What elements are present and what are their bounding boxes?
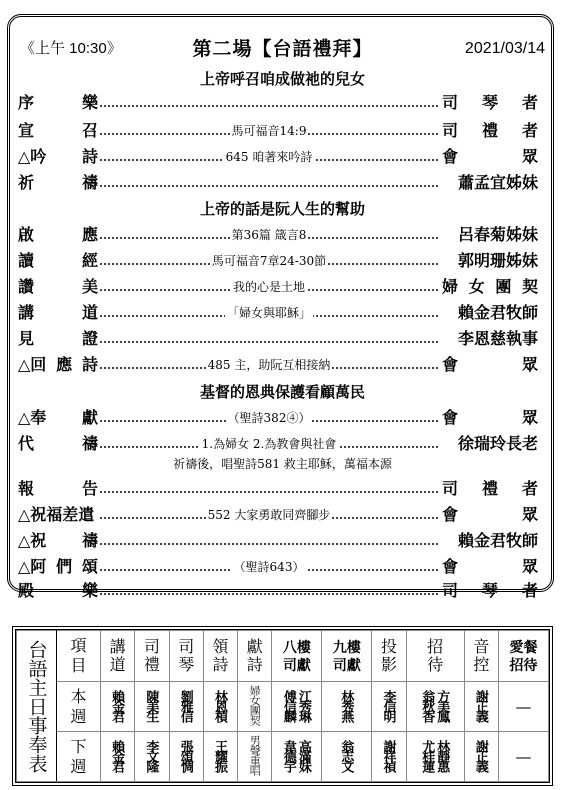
item-person: 司禮者	[442, 478, 538, 500]
item-label: 見證	[18, 328, 98, 350]
dotted-leader	[98, 328, 440, 350]
dotted-leader: 552 大家勇敢同齊腳步	[98, 504, 440, 526]
item-label: △阿們頌	[18, 556, 98, 578]
item-label: △吟詩	[18, 146, 98, 168]
col-header: 司禮	[135, 631, 169, 682]
col-header: 講道	[101, 631, 135, 682]
roster-cell: —	[499, 732, 549, 782]
item-person: 蕭孟宜姊妹	[442, 172, 538, 194]
roster-cell: 方美鳳翁秋香	[406, 682, 464, 732]
roster-cell: 劉雅信	[169, 682, 203, 732]
section-title: 基督的恩典保護看顧萬民	[0, 381, 565, 403]
item-person: 司禮者	[442, 120, 538, 142]
item-detail: 485 主，助阮互相接納	[98, 354, 440, 376]
dotted-leader	[98, 478, 440, 500]
section-title: 上帝的話是阮人生的幫助	[0, 198, 565, 220]
roster-cell: 男聲重唱	[238, 732, 272, 782]
roster-cell: 林秀燕	[322, 682, 372, 732]
item-label: 序樂	[18, 92, 98, 114]
dotted-leader: 我的心是土地	[98, 276, 440, 298]
dotted-leader: 645 咱著來吟詩	[98, 146, 440, 168]
item-label: 宣召	[18, 120, 98, 142]
item-detail: （聖詩382④）	[98, 407, 440, 429]
dotted-leader	[98, 92, 440, 114]
program-item: 祈禱蕭孟宜姊妹	[18, 172, 538, 194]
service-date: 2021/03/14	[465, 36, 545, 62]
item-detail: 「婦女與耶穌」	[98, 302, 440, 324]
col-header: 投影	[372, 631, 406, 682]
item-label: 講道	[18, 302, 98, 324]
item-person: 賴金君牧師	[442, 302, 538, 324]
roster-cell: 李文隆	[135, 732, 169, 782]
item-label: 啟應	[18, 224, 98, 246]
item-detail: 1.為婦女 2.為教會與社會	[98, 433, 440, 455]
item-label: △祝福差遣	[18, 504, 98, 526]
program-item: 報告司禮者	[18, 478, 538, 500]
roster-cell: 謝祥禎	[372, 732, 406, 782]
col-header: 八樓司獻	[272, 631, 322, 682]
item-person: 賴金君牧師	[442, 530, 538, 552]
col-header: 愛餐招待	[499, 631, 549, 682]
roster-cell: 林恩楨	[203, 682, 237, 732]
roster-cell: 婦女團契	[238, 682, 272, 732]
dotted-leader	[98, 530, 440, 552]
item-person: 李恩慈執事	[442, 328, 538, 350]
program-item: △祝福差遣552 大家勇敢同齊腳步會眾	[18, 504, 538, 526]
col-header: 司琴	[169, 631, 203, 682]
item-label: 讀經	[18, 250, 98, 272]
program-item: 見證李恩慈執事	[18, 328, 538, 350]
program-item: 序樂司琴者	[18, 92, 538, 114]
roster-cell: 賴金君	[101, 682, 135, 732]
program-item: △奉獻（聖詩382④）會眾	[18, 407, 538, 429]
item-person: 司琴者	[442, 92, 538, 114]
dotted-leader: 第36篇 箴言8	[98, 224, 440, 246]
item-detail: （聖詩643）	[98, 556, 440, 578]
service-time: 《上午 10:30》	[20, 36, 122, 62]
dotted-leader: 馬可福音14:9	[98, 120, 440, 142]
this-week-row: 本週 賴金君陳美生劉雅信林恩楨婦女團契江秀琳傅信麟林秀燕李信明方美鳳翁秋香謝正義…	[17, 682, 549, 732]
program-item: △阿們頌（聖詩643）會眾	[18, 556, 538, 578]
roster-cell: 林靜惠尤桂蓮	[406, 732, 464, 782]
item-detail: 馬可福音14:9	[98, 120, 440, 142]
program-item: △回應詩485 主，助阮互相接納會眾	[18, 354, 538, 376]
item-person: 郭明珊姊妹	[442, 250, 538, 272]
roster-cell: 李信明	[372, 682, 406, 732]
item-detail: 馬可福音7章24-30節	[98, 250, 440, 272]
item-person: 會眾	[442, 556, 538, 578]
dotted-leader: 「婦女與耶穌」	[98, 302, 440, 324]
item-label: 代禱	[18, 433, 98, 455]
roster-cell: 賴金君	[101, 732, 135, 782]
item-label: 讚美	[18, 276, 98, 298]
roster-cell: 高滿妹韋德宇	[272, 732, 322, 782]
roster-cell: 江秀琳傅信麟	[272, 682, 322, 732]
dotted-leader: 1.為婦女 2.為教會與社會	[98, 433, 440, 455]
item-detail: 552 大家勇敢同齊腳步	[98, 504, 440, 526]
item-person: 司琴者	[442, 580, 538, 602]
dotted-leader	[98, 172, 440, 194]
section-title: 上帝呼召咱成做祂的兒女	[0, 68, 565, 90]
dotted-leader: 485 主，助阮互相接納	[98, 354, 440, 376]
dotted-leader: 馬可福音7章24-30節	[98, 250, 440, 272]
item-label: 報告	[18, 478, 98, 500]
program-item: 代禱1.為婦女 2.為教會與社會徐瑞玲長老	[18, 433, 538, 455]
item-detail: 我的心是土地	[98, 276, 440, 298]
item-person: 徐瑞玲長老	[442, 433, 538, 455]
roster-title: 台語主日事奉表	[17, 631, 57, 782]
next-week-row: 下週 賴金君李文隆張頌惆王耀振男聲重唱高滿妹韋德宇翁志文謝祥禎林靜惠尤桂蓮謝正義…	[17, 732, 549, 782]
roster-cell: 張頌惆	[169, 732, 203, 782]
program-item: △吟詩645 咱著來吟詩會眾	[18, 146, 538, 168]
col-header: 九樓司獻	[322, 631, 372, 682]
row-header-item: 項目	[57, 631, 101, 682]
roster-cell: 翁志文	[322, 732, 372, 782]
row-label-this-week: 本週	[57, 682, 101, 732]
col-header: 招待	[406, 631, 464, 682]
program-item: 讀經馬可福音7章24-30節郭明珊姊妹	[18, 250, 538, 272]
roster-cell: 謝正義	[464, 682, 498, 732]
item-person: 會眾	[442, 354, 538, 376]
program-item: 讚美我的心是土地婦女團契	[18, 276, 538, 298]
program-item: △祝禱賴金君牧師	[18, 530, 538, 552]
roster-cell: 王耀振	[203, 732, 237, 782]
col-header: 獻詩	[238, 631, 272, 682]
item-person: 呂春菊姊妹	[442, 224, 538, 246]
row-label-next-week: 下週	[57, 732, 101, 782]
dotted-leader	[98, 580, 440, 602]
dotted-leader: （聖詩382④）	[98, 407, 440, 429]
duty-roster-table: 台語主日事奉表 項目 講道 司禮 司琴 領詩 獻詩 八樓司獻 九樓司獻 投影 招…	[12, 626, 553, 786]
program-note: 祈禱後，唱聖詩581 救主耶穌，萬福本源	[0, 454, 565, 474]
col-header: 音控	[464, 631, 498, 682]
item-person: 婦女團契	[442, 276, 538, 298]
program-item: 啟應第36篇 箴言8呂春菊姊妹	[18, 224, 538, 246]
item-label: 殿樂	[18, 580, 98, 602]
program-item: 殿樂司琴者	[18, 580, 538, 602]
item-detail: 645 咱著來吟詩	[98, 146, 440, 168]
item-detail: 第36篇 箴言8	[98, 224, 440, 246]
item-label: △祝禱	[18, 530, 98, 552]
item-label: △奉獻	[18, 407, 98, 429]
program-item: 講道「婦女與耶穌」賴金君牧師	[18, 302, 538, 324]
dotted-leader: （聖詩643）	[98, 556, 440, 578]
roster-cell: 陳美生	[135, 682, 169, 732]
item-label: △回應詩	[18, 354, 98, 376]
col-header: 領詩	[203, 631, 237, 682]
item-person: 會眾	[442, 407, 538, 429]
item-person: 會眾	[442, 504, 538, 526]
item-person: 會眾	[442, 146, 538, 168]
roster-cell: —	[499, 682, 549, 732]
roster-cell: 謝正義	[464, 732, 498, 782]
program-item: 宣召馬可福音14:9司禮者	[18, 120, 538, 142]
item-label: 祈禱	[18, 172, 98, 194]
